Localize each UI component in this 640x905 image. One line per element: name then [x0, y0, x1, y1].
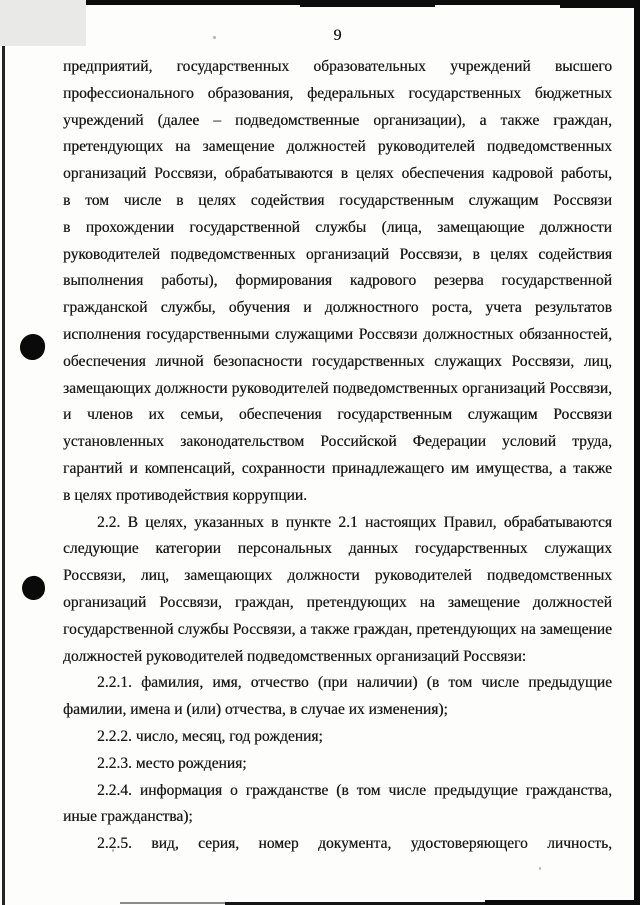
- text-line: 2.2.2. число, месяц, год рождения;: [63, 724, 612, 751]
- text-line: ичленовихсемьи,обеспечениягосударственны…: [63, 402, 612, 429]
- scan-edge-bottom-gray: [120, 902, 225, 904]
- text-line: 2.2.3. место рождения;: [63, 751, 612, 778]
- paragraph: 2.2.1.фамилия,имя,отчество(приналичии)(в…: [63, 670, 612, 724]
- text-line: руководителейподведомственныхорганизаций…: [63, 242, 612, 269]
- text-line: фамилии, имена и (или) отчества, в случа…: [63, 697, 612, 724]
- text-line: 2.2.5.вид,серия,номердокумента,удостовер…: [63, 831, 612, 858]
- text-line: установленныхзаконодательствомРоссийской…: [63, 429, 612, 456]
- scan-edge-right: [634, 0, 640, 905]
- text-line: претендующихназамещениедолжностейруковод…: [63, 134, 612, 161]
- text-line: замещающихдолжностируководителейподведом…: [63, 376, 612, 403]
- text-line: должностей руководителей подведомственны…: [63, 644, 612, 671]
- paragraph: 2.2.Вцелях,указанныхвпункте2.1настоящихП…: [63, 510, 612, 671]
- scan-edge-left: [2, 46, 5, 905]
- text-line: втомчислевцеляхсодействиягосударственным…: [63, 188, 612, 215]
- scan-edge-top-right: [560, 0, 640, 8]
- paragraph: 2.2.4.информацияогражданстве(втомчислепр…: [63, 778, 612, 832]
- text-line: профессиональногообразования,федеральных…: [63, 81, 612, 108]
- text-line: учреждений(далее–подведомственныеорганиз…: [63, 108, 612, 135]
- text-line: иные гражданства);: [63, 804, 612, 831]
- text-line: следующиекатегорииперсональныхданныхгосу…: [63, 536, 612, 563]
- paragraph: предприятий,государственныхобразовательн…: [63, 54, 612, 510]
- scan-edge-top-thick: [300, 0, 435, 7]
- page-number: 9: [63, 27, 612, 45]
- text-line: гражданскойслужбы,обученияидолжностногор…: [63, 295, 612, 322]
- text-line: предприятий,государственныхобразовательн…: [63, 54, 612, 81]
- scan-edge-bottom-black: [485, 900, 634, 905]
- text-line: государственнойслужбыРоссвязи,атакжеграж…: [63, 617, 612, 644]
- text-line: исполнениягосударственнымислужащимиРоссв…: [63, 322, 612, 349]
- punch-hole-mark-1: [18, 332, 46, 361]
- document-body: предприятий,государственныхобразовательн…: [63, 54, 612, 858]
- scan-speck: [539, 867, 541, 870]
- paragraph: 2.2.5.вид,серия,номердокумента,удостовер…: [63, 831, 612, 858]
- paragraph: 2.2.3. место рождения;: [63, 751, 612, 778]
- text-line: организацийРоссвязи,граждан,претендующих…: [63, 590, 612, 617]
- scanned-document-page: 9 предприятий,государственныхобразовател…: [0, 0, 640, 905]
- text-line: выполненияработы),формированиякадровогор…: [63, 268, 612, 295]
- text-line: обеспеченияличнойбезопасностигосударстве…: [63, 349, 612, 376]
- text-line: 2.2.4.информацияогражданстве(втомчислепр…: [63, 778, 612, 805]
- text-line: Россвязи,лиц,замещающихдолжностируководи…: [63, 563, 612, 590]
- text-line: организацийРоссвязи,обрабатываютсявцелях…: [63, 161, 612, 188]
- text-line: впрохождениигосударственнойслужбы(лица,з…: [63, 215, 612, 242]
- text-line: в целях противодействия коррупции.: [63, 483, 612, 510]
- punch-hole-mark-2: [21, 575, 46, 601]
- text-line: 2.2.Вцелях,указанныхвпункте2.1настоящихП…: [63, 510, 612, 537]
- paragraph: 2.2.2. число, месяц, год рождения;: [63, 724, 612, 751]
- text-line: гарантийикомпенсаций,сохранностипринадле…: [63, 456, 612, 483]
- text-line: 2.2.1.фамилия,имя,отчество(приналичии)(в…: [63, 670, 612, 697]
